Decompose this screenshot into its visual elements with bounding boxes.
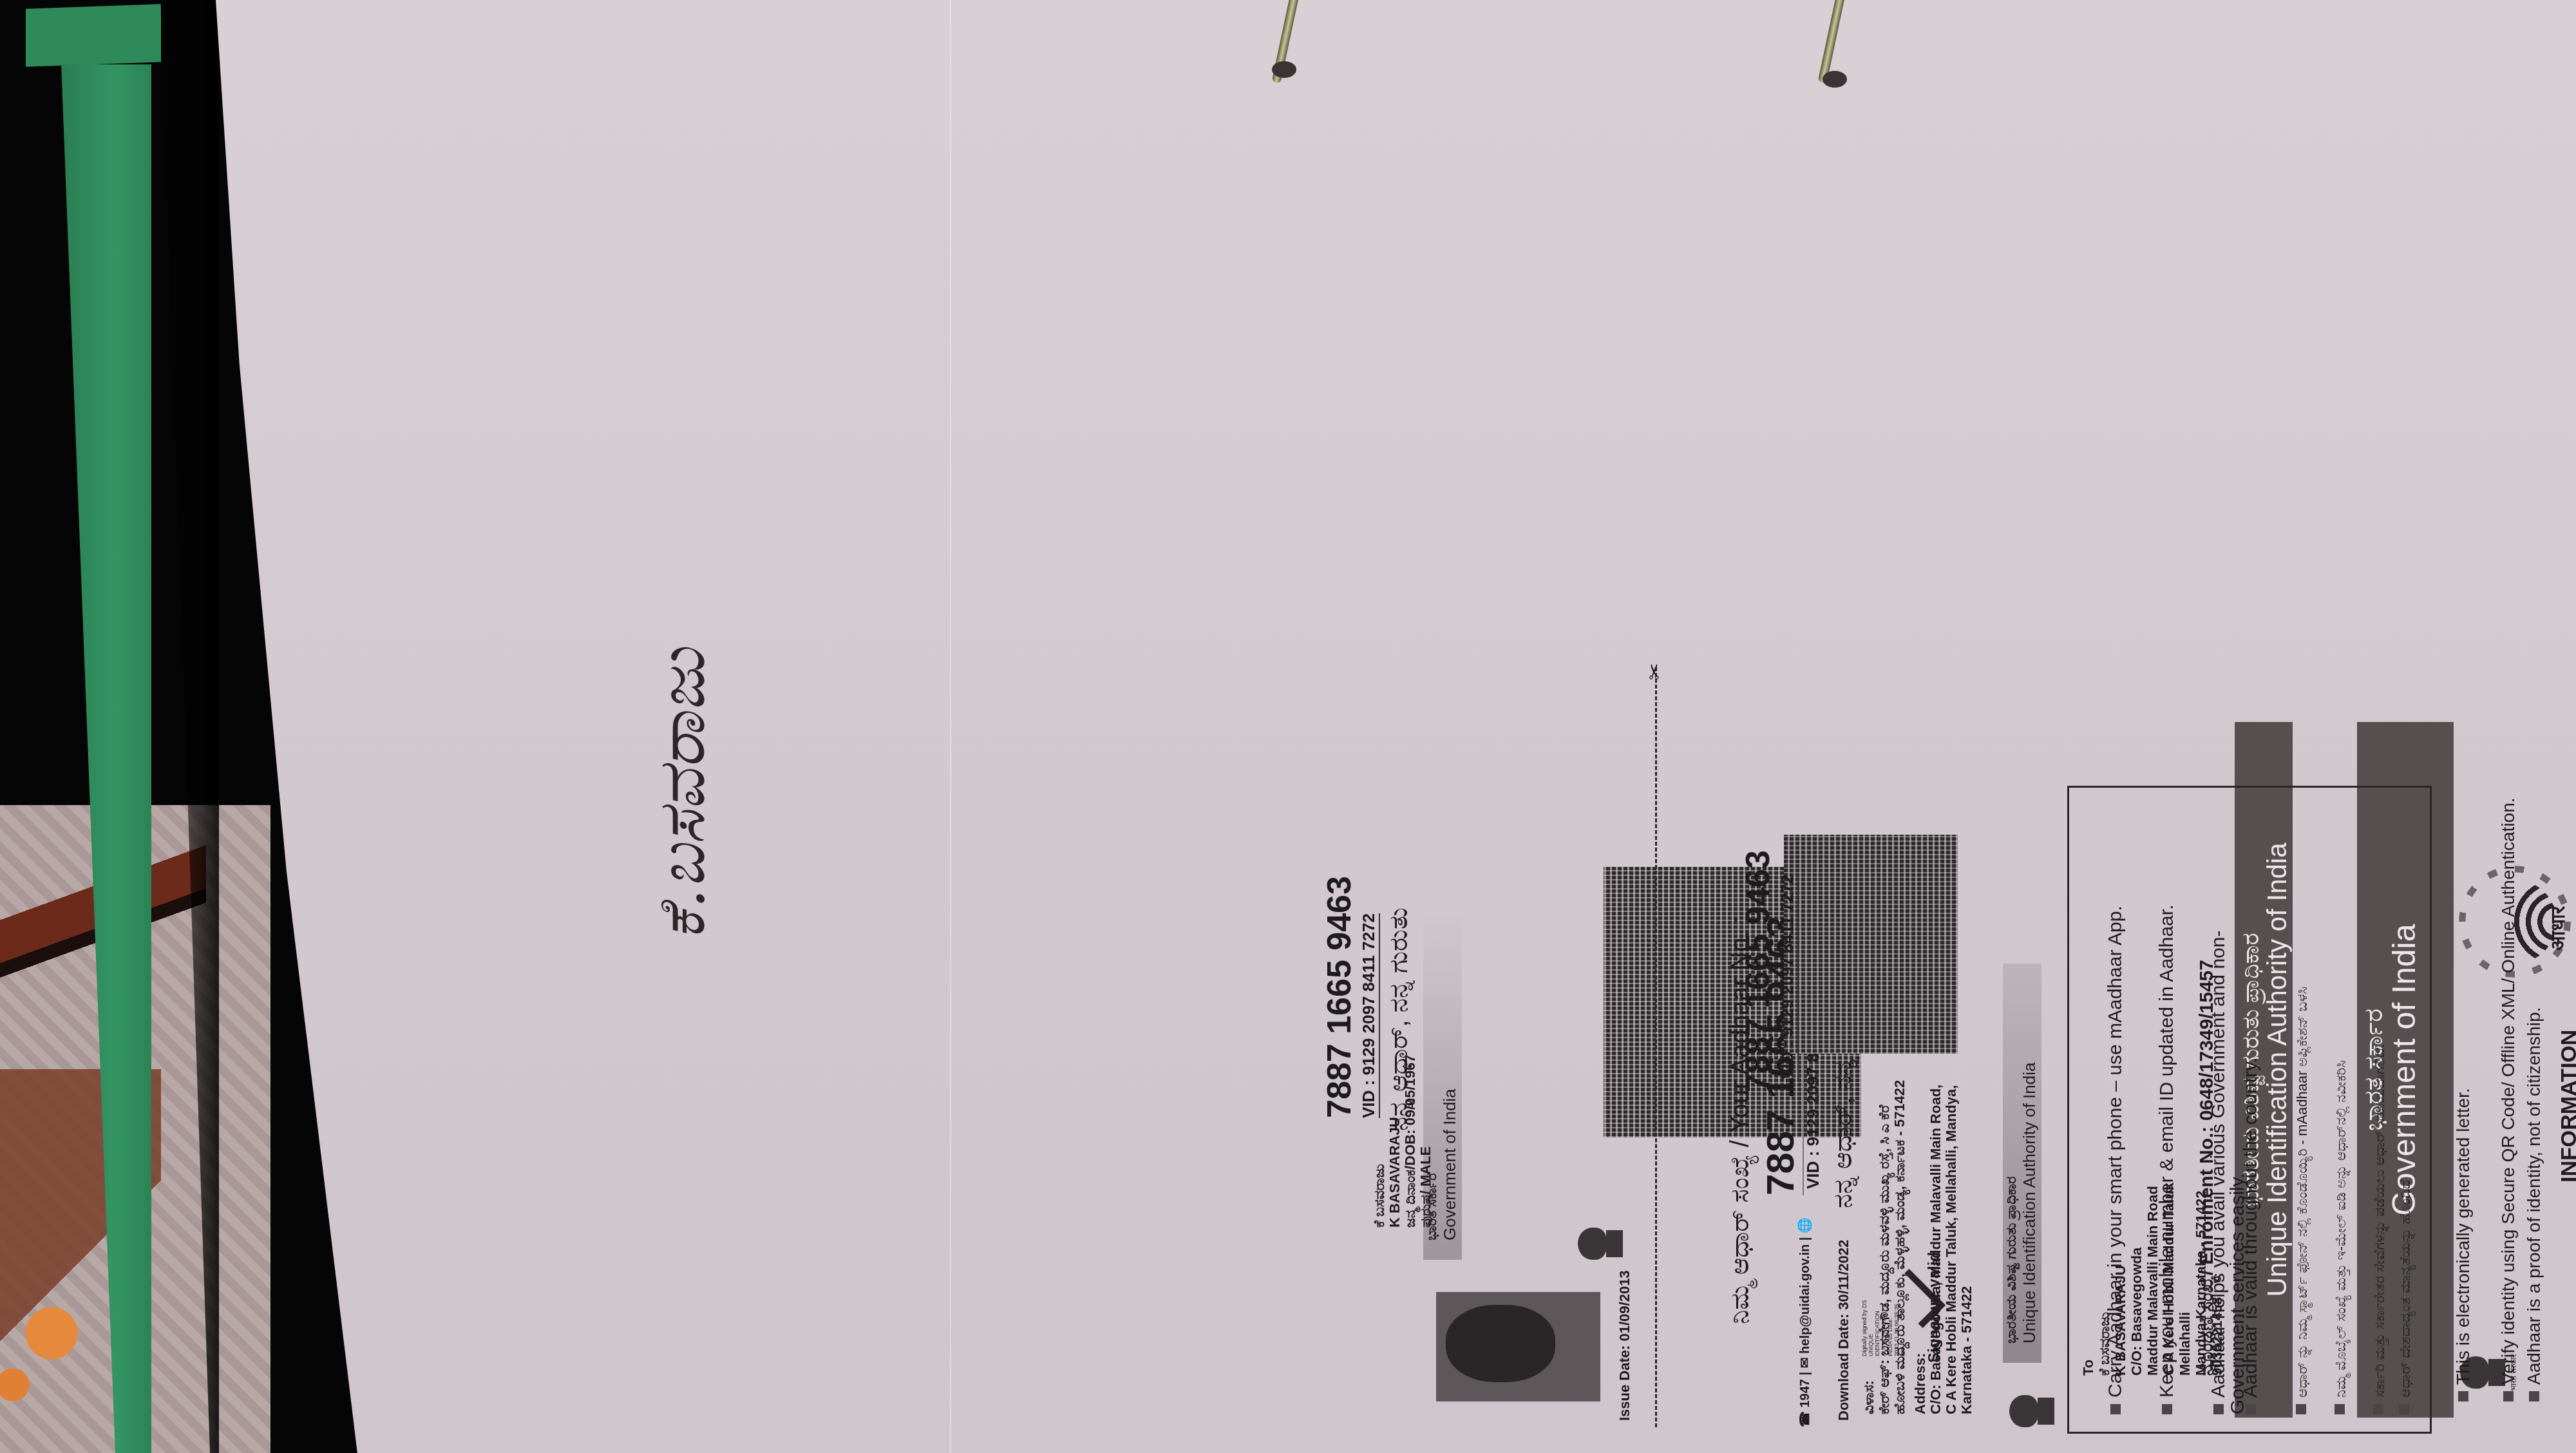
card-back-vid: VID : 9129 2097 8411 7272: [1777, 875, 1799, 1079]
national-emblem-icon: [2009, 1389, 2067, 1434]
info-english-bullet: Aadhaar is a proof of identity, not of c…: [2524, 1007, 2544, 1401]
box-english-bullet: Aadhaar helps you avail various Governme…: [2209, 835, 2248, 1414]
information-title: INFORMATION: [2557, 1030, 2576, 1182]
card-back-qr-code: [1784, 835, 1958, 1054]
box-kannada-bullet: ಸರ್ಕಾರಿ ಮತ್ತು ಸರ್ಕಾರೇತರ ಸೇವೆಗಳನ್ನು ಪಡೆಯಲ…: [2370, 835, 2389, 1414]
box-kannada-bullet: ನಿಮ್ಮ ಮೊಬೈಲ್ ಸಂಖ್ಯೆ ಮತ್ತು ಇ-ಮೇಲ್ ಐಡಿ ಅನ್…: [2331, 835, 2351, 1414]
globe-icon: 🌐: [1798, 1217, 1812, 1233]
box-kannada-bullet: ಆಧಾರ್ ದೇಶದಾದ್ಯಂತ ಮಾನ್ಯತೆಯನ್ನು ಹೊಂದಿದೆ: [2396, 1180, 2415, 1414]
aadhaar-info-section: Government of India AADHAAR ಮಾಹಿತಿ ಆಧಾರ್…: [869, 777, 2576, 1453]
box-english-bullet: Carry Aadhaar in your smart phone – use …: [2106, 835, 2125, 1414]
info-english-bullet: Verify identity using Secure QR Code/ Of…: [2499, 790, 2518, 1401]
card-back-uidai-band: ಭಾರತೀಯ ವಿಶಿಷ್ಟ ಗುರುತು ಪ್ರಾಧಿಕಾರ Unique I…: [2003, 964, 2041, 1363]
phone-icon: ☎: [1798, 1411, 1812, 1427]
card-back-address: ವಿಳಾಸ: ಕೇರ್ ಆಫ್: ಬಸವೇಗೌಡ, ಮದ್ದೂರು ಮಳವಳ್ಳ…: [1861, 1079, 1975, 1414]
download-date: Download Date: 30/11/2022: [1835, 1240, 1852, 1421]
box-english-bullet: Keep your mobile number & email ID updat…: [2157, 835, 2177, 1414]
green-folder-flap: [26, 4, 161, 66]
contact-strip: ☎ 1947 | ✉ help@uidai.gov.in | 🌐: [1797, 1217, 1813, 1427]
info-english-bullet: This is electronically generated letter.: [2454, 1088, 2473, 1401]
scissors-icon: ✂: [1642, 663, 1667, 680]
email-icon: ✉: [1798, 1358, 1812, 1369]
box-kannada-bullet: ಆಧಾರ್ ನ್ನು ನಿಮ್ಮ ಸ್ಮಾರ್ಟ್ ಫೋನ್ ನಲ್ಲಿ ಕೊಂ…: [2293, 835, 2312, 1414]
card-back-aadhaar-number: 7887 1665 9463: [1739, 850, 1777, 1092]
